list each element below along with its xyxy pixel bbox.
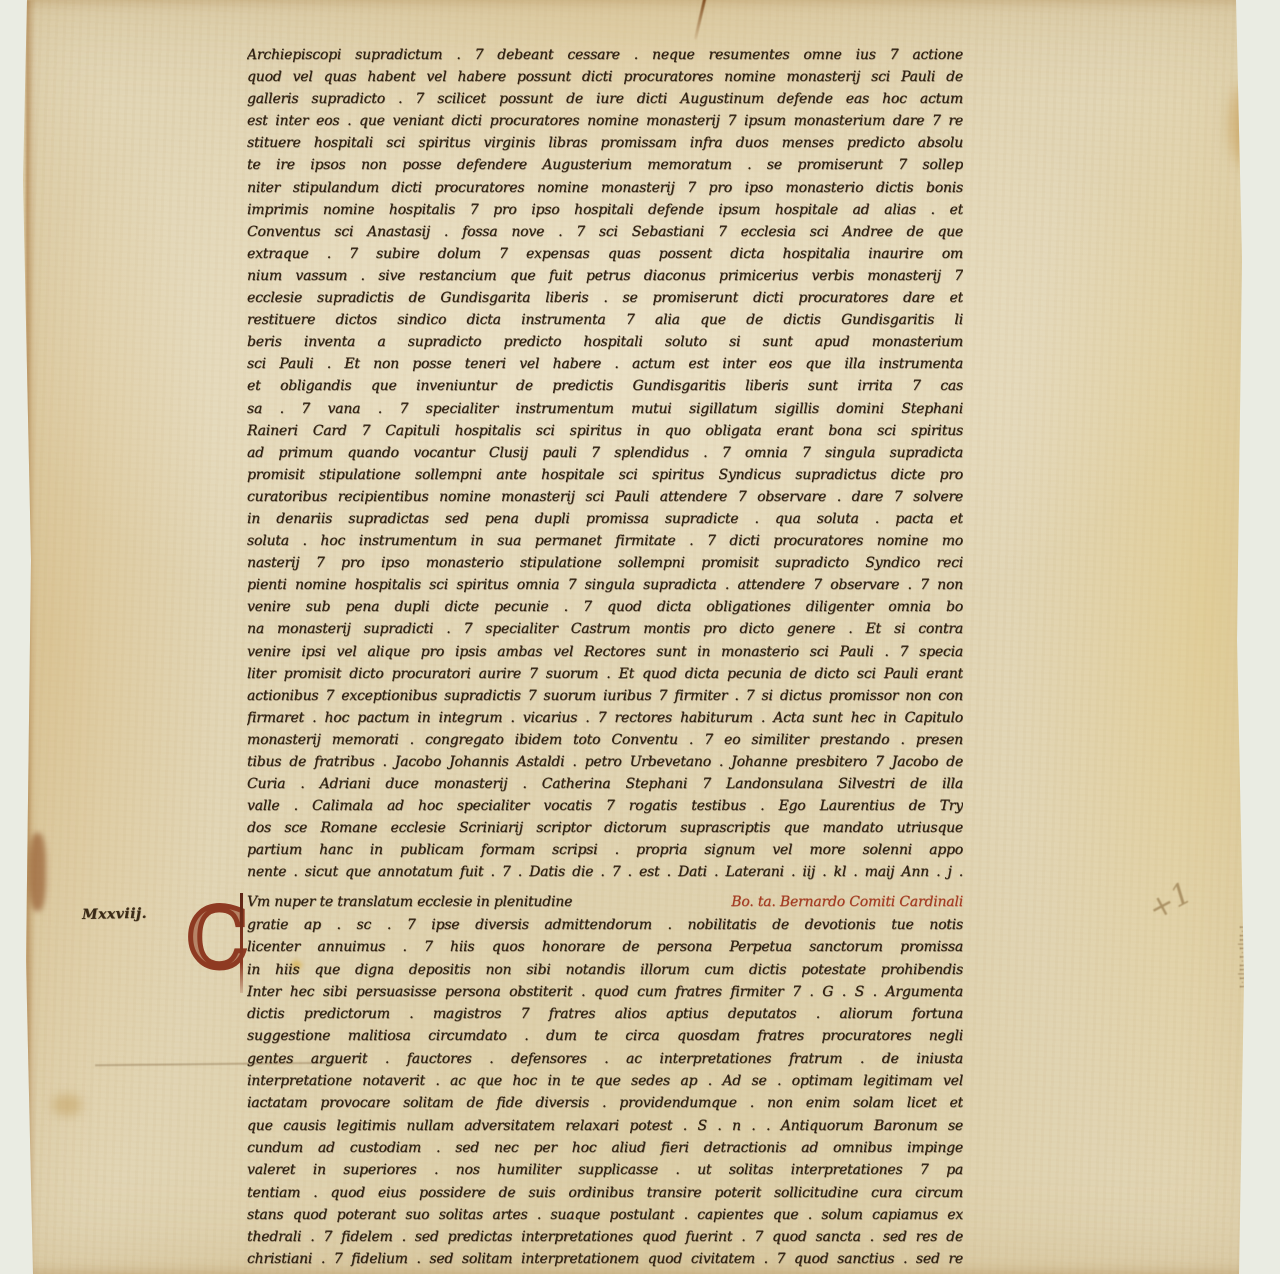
manuscript-line: Inter hec sibi persuasisse persona obsti… [247, 981, 963, 1003]
pen-stroke-top [694, 0, 707, 40]
manuscript-line: in denariis supradictas sed pena dupli p… [247, 508, 963, 530]
manuscript-line: firmaret . hoc pactum in integrum . vica… [247, 707, 963, 729]
manuscript-line: Archiepiscopi supradictum . 7 debeant ce… [247, 44, 963, 66]
manuscript-line: pienti nomine hospitalis sci spiritus om… [247, 574, 963, 596]
manuscript-line: nente . sicut que annotatum fuit . 7 . D… [247, 861, 963, 883]
manuscript-line: galleris supradicto . 7 scilicet possunt… [247, 88, 963, 110]
manuscript-line: extraque . 7 subire dolum 7 expensas qua… [247, 243, 963, 265]
manuscript-line: restituere dictos sindico dicta instrume… [247, 309, 963, 331]
manuscript-line: dos sce Romane ecclesie Scriniarij scrip… [247, 817, 963, 839]
manuscript-line: ecclesie supradictis de Gundisgarita lib… [247, 287, 963, 309]
manuscript-line: niter stipulandum dicti procuratores nom… [247, 177, 963, 199]
stain-left-streak [29, 833, 46, 911]
manuscript-line: ad primum quando vocantur Clusij pauli 7… [247, 442, 963, 464]
manuscript-line: thedrali . 7 fidelem . sed predictas int… [247, 1226, 963, 1248]
manuscript-line: nasterij 7 pro ipso monasterio stipulati… [247, 552, 963, 574]
stain-topleft-dot [7, 3, 16, 15]
manuscript-line: gentes arguerit . fauctores . defensores… [247, 1048, 963, 1070]
manuscript-line: tentiam . quod eius possidere de suis or… [247, 1182, 963, 1204]
manuscript-line: Raineri Card 7 Capituli hospitalis sci s… [247, 420, 963, 442]
manuscript-line: stans quod poterant suo solitas artes . … [247, 1204, 963, 1226]
decorated-initial: C [186, 890, 248, 1000]
manuscript-line: liter promisit dicto procuratori aurire … [247, 663, 963, 685]
parchment-page: Archiepiscopi supradictum . 7 debeant ce… [0, 0, 1280, 1274]
manuscript-line: curatoribus recipientibus nomine monaste… [247, 486, 963, 508]
manuscript-line: Conventus sci Anastasij . fossa nove . 7… [247, 221, 963, 243]
decorated-initial-ascender [240, 893, 243, 993]
manuscript-line: imprimis nomine hospitalis 7 pro ipso ho… [247, 199, 963, 221]
manuscript-line: suggestione malitiosa circumdato . dum t… [247, 1025, 963, 1047]
manuscript-line: christiani . 7 fidelium . sed solitam in… [247, 1248, 963, 1270]
text-block-upper: Archiepiscopi supradictum . 7 debeant ce… [247, 44, 963, 884]
manuscript-line: actionibus 7 exceptionibus supradictis 7… [247, 685, 963, 707]
manuscript-line: nium vassum . sive restancium que fuit p… [247, 265, 963, 287]
pencil-annotation: +1 [1142, 876, 1197, 928]
manuscript-line: sci Pauli . Et non posse teneri vel habe… [247, 353, 963, 375]
manuscript-line: te ire ipsos non posse defendere Auguste… [247, 154, 963, 176]
manuscript-line: venire sub pena dupli dicte pecunie . 7 … [247, 596, 963, 618]
manuscript-line: gratie ap . sc . 7 ipse diversis admitte… [247, 914, 963, 936]
parchment-left-edge [26, 0, 36, 1274]
manuscript-line: interpretatione notaverit . ac que hoc i… [247, 1070, 963, 1092]
manuscript-line: sa . 7 vana . 7 specialiter instrumentum… [247, 398, 963, 420]
manuscript-line: Curia . Adriani duce monasterij . Cather… [247, 773, 963, 795]
manuscript-line: monasterij memorati . congregato ibidem … [247, 729, 963, 751]
first-line-black-text: Vm nuper te translatum ecclesie in pleni… [247, 891, 572, 913]
manuscript-line: licenter annuimus . 7 hiis quos honorare… [247, 936, 963, 958]
manuscript-line: venire ipsi vel alique pro ipsis ambas v… [247, 641, 963, 663]
manuscript-line: in hiis que digna depositis non sibi not… [247, 959, 963, 981]
manuscript-line: dictis predictorum . magistros 7 fratres… [247, 1003, 963, 1025]
edge-vertical-inscription: ı·ıı|ı·ı·ıı|ı·ı [1238, 926, 1246, 1082]
stain-right-top [1230, 82, 1270, 168]
manuscript-line: cundum ad custodiam . sed nec per hoc al… [247, 1137, 963, 1159]
stain-left-low [52, 1094, 82, 1116]
manuscript-line: partium hanc in publicam formam scripsi … [247, 839, 963, 861]
manuscript-line: valle . Calimala ad hoc specialiter voca… [247, 795, 963, 817]
manuscript-line: iactatam provocare solitam de fide diver… [247, 1092, 963, 1114]
manuscript-line: que causis legitimis nullam adversitatem… [247, 1115, 963, 1137]
manuscript-line: tibus de fratribus . Jacobo Johannis Ast… [247, 751, 963, 773]
manuscript-line: valeret in superiores . nos humiliter su… [247, 1159, 963, 1181]
margin-annotation: Mxxviij. [82, 905, 182, 923]
manuscript-line: quod vel quas habent vel habere possunt … [247, 66, 963, 88]
manuscript-line: na monasterij supradicti . 7 specialiter… [247, 618, 963, 640]
manuscript-line: stituere hospitali sci spiritus virginis… [247, 132, 963, 154]
lower-block-first-line: Vm nuper te translatum ecclesie in pleni… [247, 891, 963, 913]
manuscript-line: et obligandis que inveniuntur de predict… [247, 375, 963, 397]
rubric-red-text: Bo. ta. Bernardo Comiti Cardinali [731, 891, 963, 913]
manuscript-line: soluta . hoc instrumentum in sua permane… [247, 530, 963, 552]
manuscript-line: beris inventa a supradicto predicto hosp… [247, 331, 963, 353]
manuscript-line: promisit stipulatione sollempni ante hos… [247, 464, 963, 486]
text-block-lower: gratie ap . sc . 7 ipse diversis admitte… [247, 914, 963, 1271]
manuscript-line: est inter eos . que veniant dicti procur… [247, 110, 963, 132]
